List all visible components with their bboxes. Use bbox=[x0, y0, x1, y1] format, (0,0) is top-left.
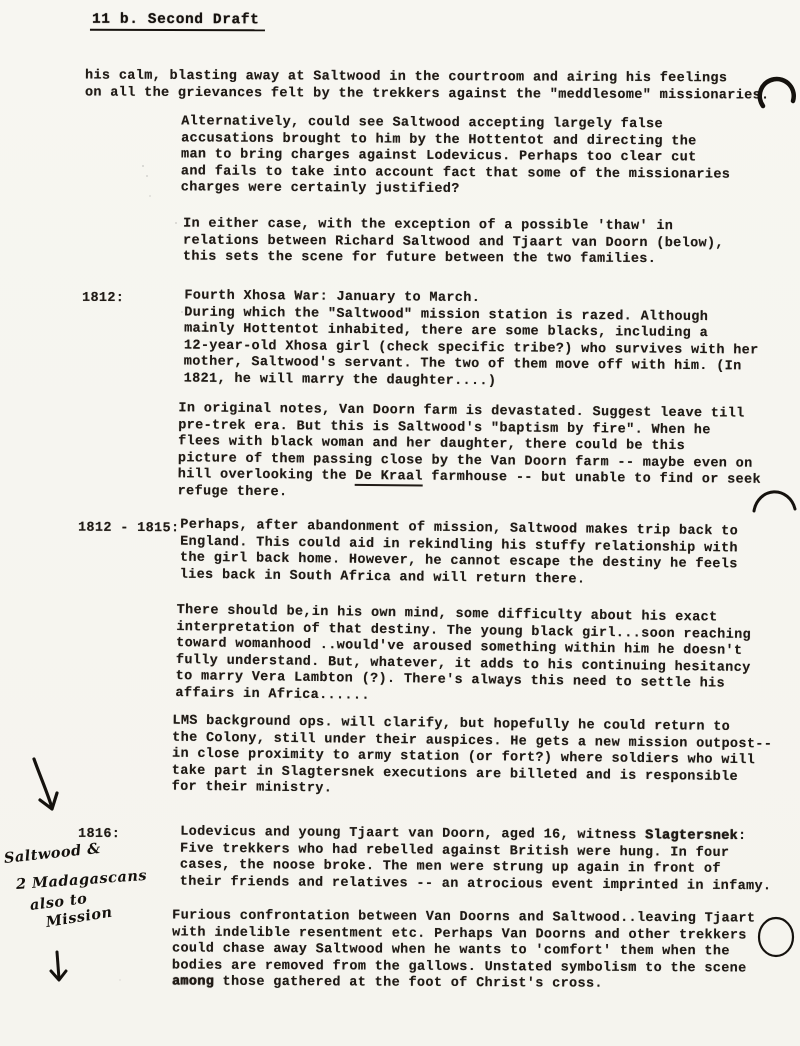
typed-paragraph: LMS background ops. will clarify, but ho… bbox=[172, 714, 773, 804]
hand-drawn-arc-icon bbox=[750, 480, 800, 516]
typed-line: this sets the scene for future between t… bbox=[183, 250, 724, 269]
typed-paragraph-1812: Fourth Xhosa War: January to March.Durin… bbox=[184, 288, 760, 393]
typed-line: among those gathered at the foot of Chri… bbox=[172, 975, 755, 995]
typed-paragraph: In either case, with the exception of a … bbox=[183, 217, 724, 270]
page-title: 11 b. Second Draft bbox=[90, 12, 266, 32]
typed-line: charges were certainly justified? bbox=[181, 181, 730, 201]
typed-paragraph: his calm, blasting away at Saltwood in t… bbox=[85, 69, 770, 105]
hand-drawn-open-circle-icon bbox=[754, 68, 800, 114]
document-page: { "document": { "header": "11 b. Second … bbox=[0, 0, 800, 1046]
typed-paragraph: There should be,in his own mind, some di… bbox=[175, 603, 751, 711]
handwritten-margin-note: Saltwood &2 Madagascansalso toMission bbox=[2, 850, 172, 931]
typed-paragraph: In original notes, Van Doorn farm is dev… bbox=[178, 401, 762, 506]
down-arrow-icon bbox=[46, 950, 72, 992]
typed-line: on all the grievances felt by the trekke… bbox=[85, 85, 770, 105]
typed-paragraph-1816: Lodevicus and young Tjaart van Doorn, ag… bbox=[180, 825, 772, 896]
section-label-1812: 1812: bbox=[82, 291, 124, 306]
typed-paragraph: Alternatively, could see Saltwood accept… bbox=[181, 114, 731, 200]
down-arrow-icon bbox=[26, 756, 68, 820]
typed-line: their friends and relatives -- an atroci… bbox=[180, 874, 772, 895]
typed-paragraph-1812-1815: Perhaps, after abandonment of mission, S… bbox=[180, 518, 739, 591]
section-label-1812-1815: 1812 - 1815: bbox=[78, 521, 180, 537]
typed-paragraph: Furious confrontation between Van Doorns… bbox=[172, 908, 756, 994]
hand-drawn-circle-icon bbox=[754, 914, 800, 964]
